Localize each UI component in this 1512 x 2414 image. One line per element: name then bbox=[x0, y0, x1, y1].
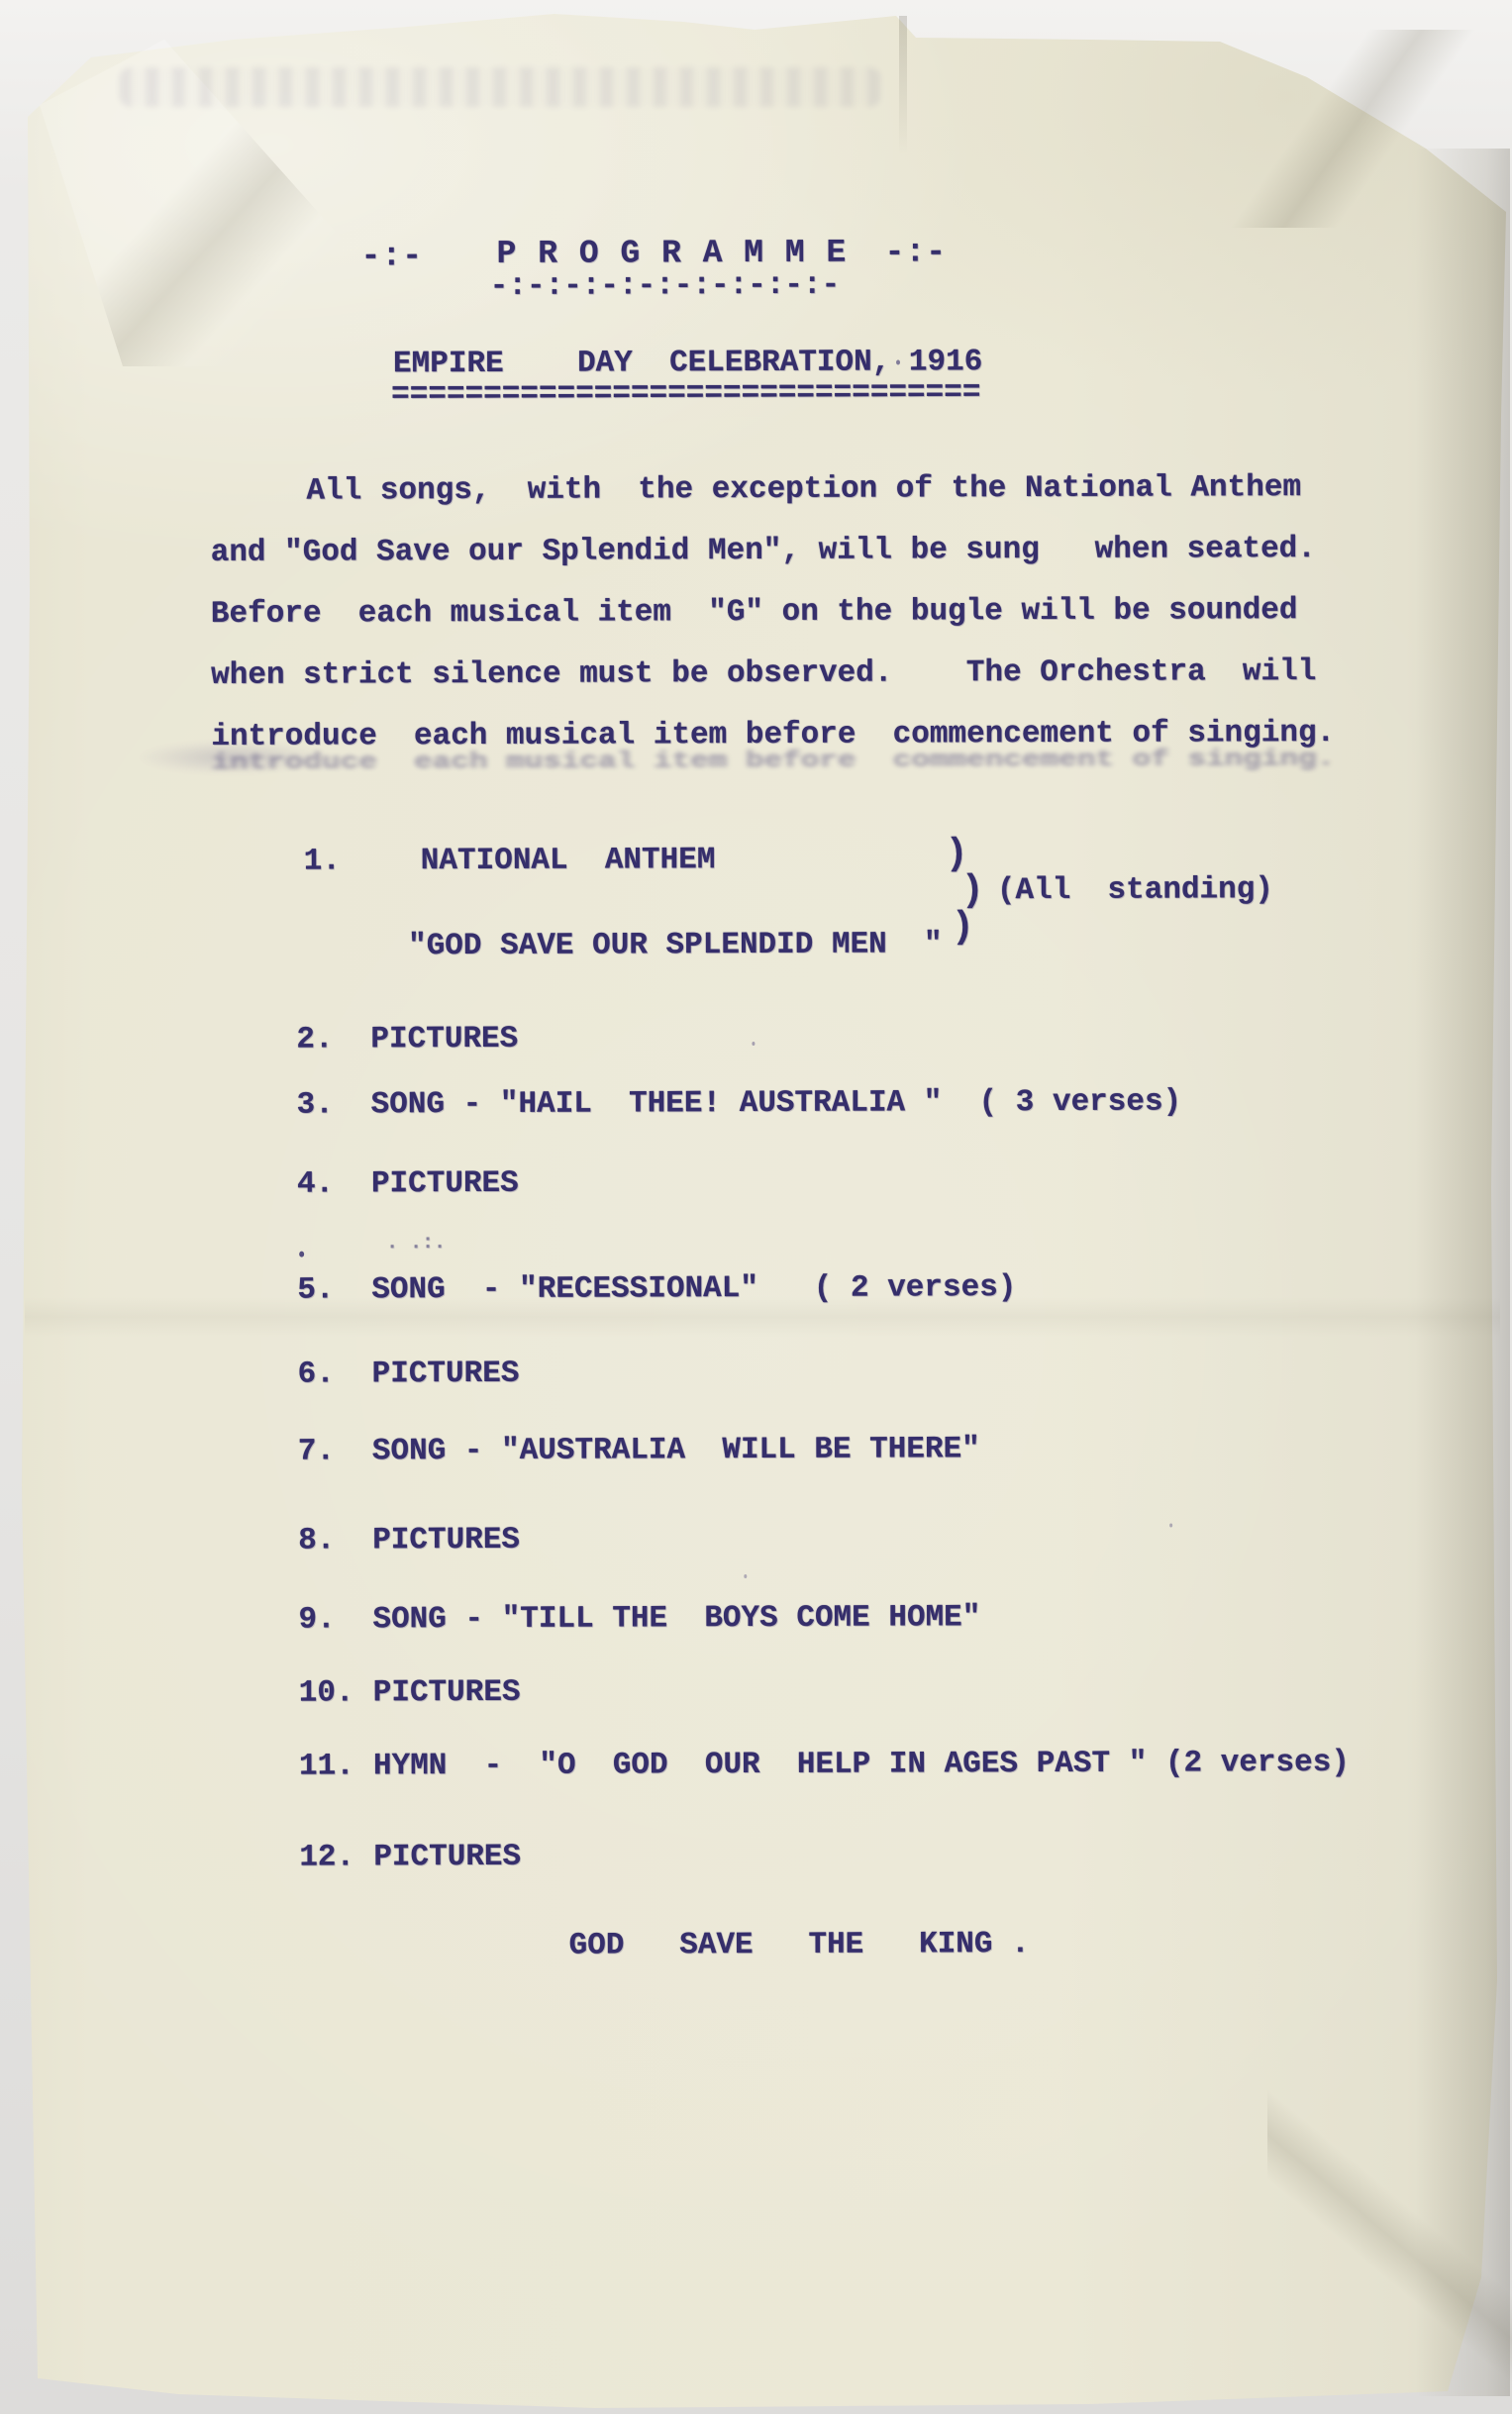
item-number: 5. bbox=[297, 1273, 334, 1307]
item-number: 1. bbox=[304, 845, 341, 878]
item-text: PICTURES bbox=[373, 1841, 521, 1875]
stray-ink-dot bbox=[752, 1042, 755, 1046]
ink-smear-ghost: introduce each musical item before comme… bbox=[211, 747, 1335, 776]
item-number: 10. bbox=[299, 1676, 354, 1710]
item-number: 11. bbox=[299, 1750, 354, 1783]
item-text: SONG - "AUSTRALIA WILL BE THERE" bbox=[372, 1433, 980, 1468]
item-number: 6. bbox=[298, 1358, 335, 1391]
item-text: PICTURES bbox=[371, 1167, 519, 1202]
item-text: PICTURES bbox=[372, 1524, 520, 1559]
item-note: (All standing) bbox=[997, 873, 1273, 908]
intro-line: All songs, with the exception of the Nat… bbox=[306, 471, 1301, 509]
item-number: 3. bbox=[297, 1088, 334, 1122]
header-right-mark: -:- bbox=[885, 235, 948, 271]
page-title: P R O G R A M M E bbox=[497, 236, 848, 273]
item-text: SONG - "HAIL THEE! AUSTRALIA " ( 3 verse… bbox=[371, 1085, 1182, 1122]
item-text: SONG - "TILL THE BOYS COME HOME" bbox=[372, 1601, 980, 1637]
item-text: PICTURES bbox=[372, 1358, 520, 1392]
title-underline: -:-:-:-:-:-:-:-:-:- bbox=[490, 269, 841, 304]
brace-paren: ) bbox=[952, 907, 974, 949]
header-left-mark: -:- bbox=[361, 239, 424, 275]
footer-line: GOD SAVE THE KING . bbox=[569, 1928, 1030, 1963]
stray-ink-dot bbox=[1169, 1524, 1172, 1528]
typewritten-content: -:- P R O G R A M M E -:- -:-:-:-:-:-:-:… bbox=[0, 0, 1512, 2414]
stray-ink-dot bbox=[744, 1574, 747, 1578]
item-number: 9. bbox=[298, 1603, 335, 1637]
item-number: 2. bbox=[296, 1023, 333, 1056]
item-number: 8. bbox=[298, 1524, 335, 1558]
item-text: PICTURES bbox=[370, 1023, 518, 1057]
item-text: PICTURES bbox=[373, 1676, 521, 1711]
intro-line: Before each musical item "G" on the bugl… bbox=[211, 594, 1298, 632]
item-text: SONG - "RECESSIONAL" ( 2 verses) bbox=[371, 1271, 1016, 1307]
item-number: 7. bbox=[298, 1435, 335, 1468]
intro-line: and "God Save our Splendid Men", will be… bbox=[211, 533, 1316, 570]
subtitle-underline: ================================ bbox=[391, 376, 980, 412]
intro-line: when strict silence must be observed. Th… bbox=[211, 655, 1316, 693]
item-text: "GOD SAVE OUR SPLENDID MEN " bbox=[408, 928, 943, 963]
stray-marks: . .:. bbox=[386, 1233, 446, 1255]
scanned-programme-page: { "document": { "header": { "left_mark":… bbox=[0, 0, 1512, 2414]
item-number: 12. bbox=[299, 1841, 354, 1874]
item-text: NATIONAL ANTHEM bbox=[421, 844, 716, 878]
stray-ink-dot bbox=[299, 1252, 304, 1257]
item-number: 4. bbox=[297, 1167, 334, 1201]
item-text: HYMN - "O GOD OUR HELP IN AGES PAST " (2… bbox=[373, 1747, 1350, 1784]
ink-smudge-blob bbox=[137, 741, 325, 775]
stray-ink-dot bbox=[896, 359, 900, 364]
